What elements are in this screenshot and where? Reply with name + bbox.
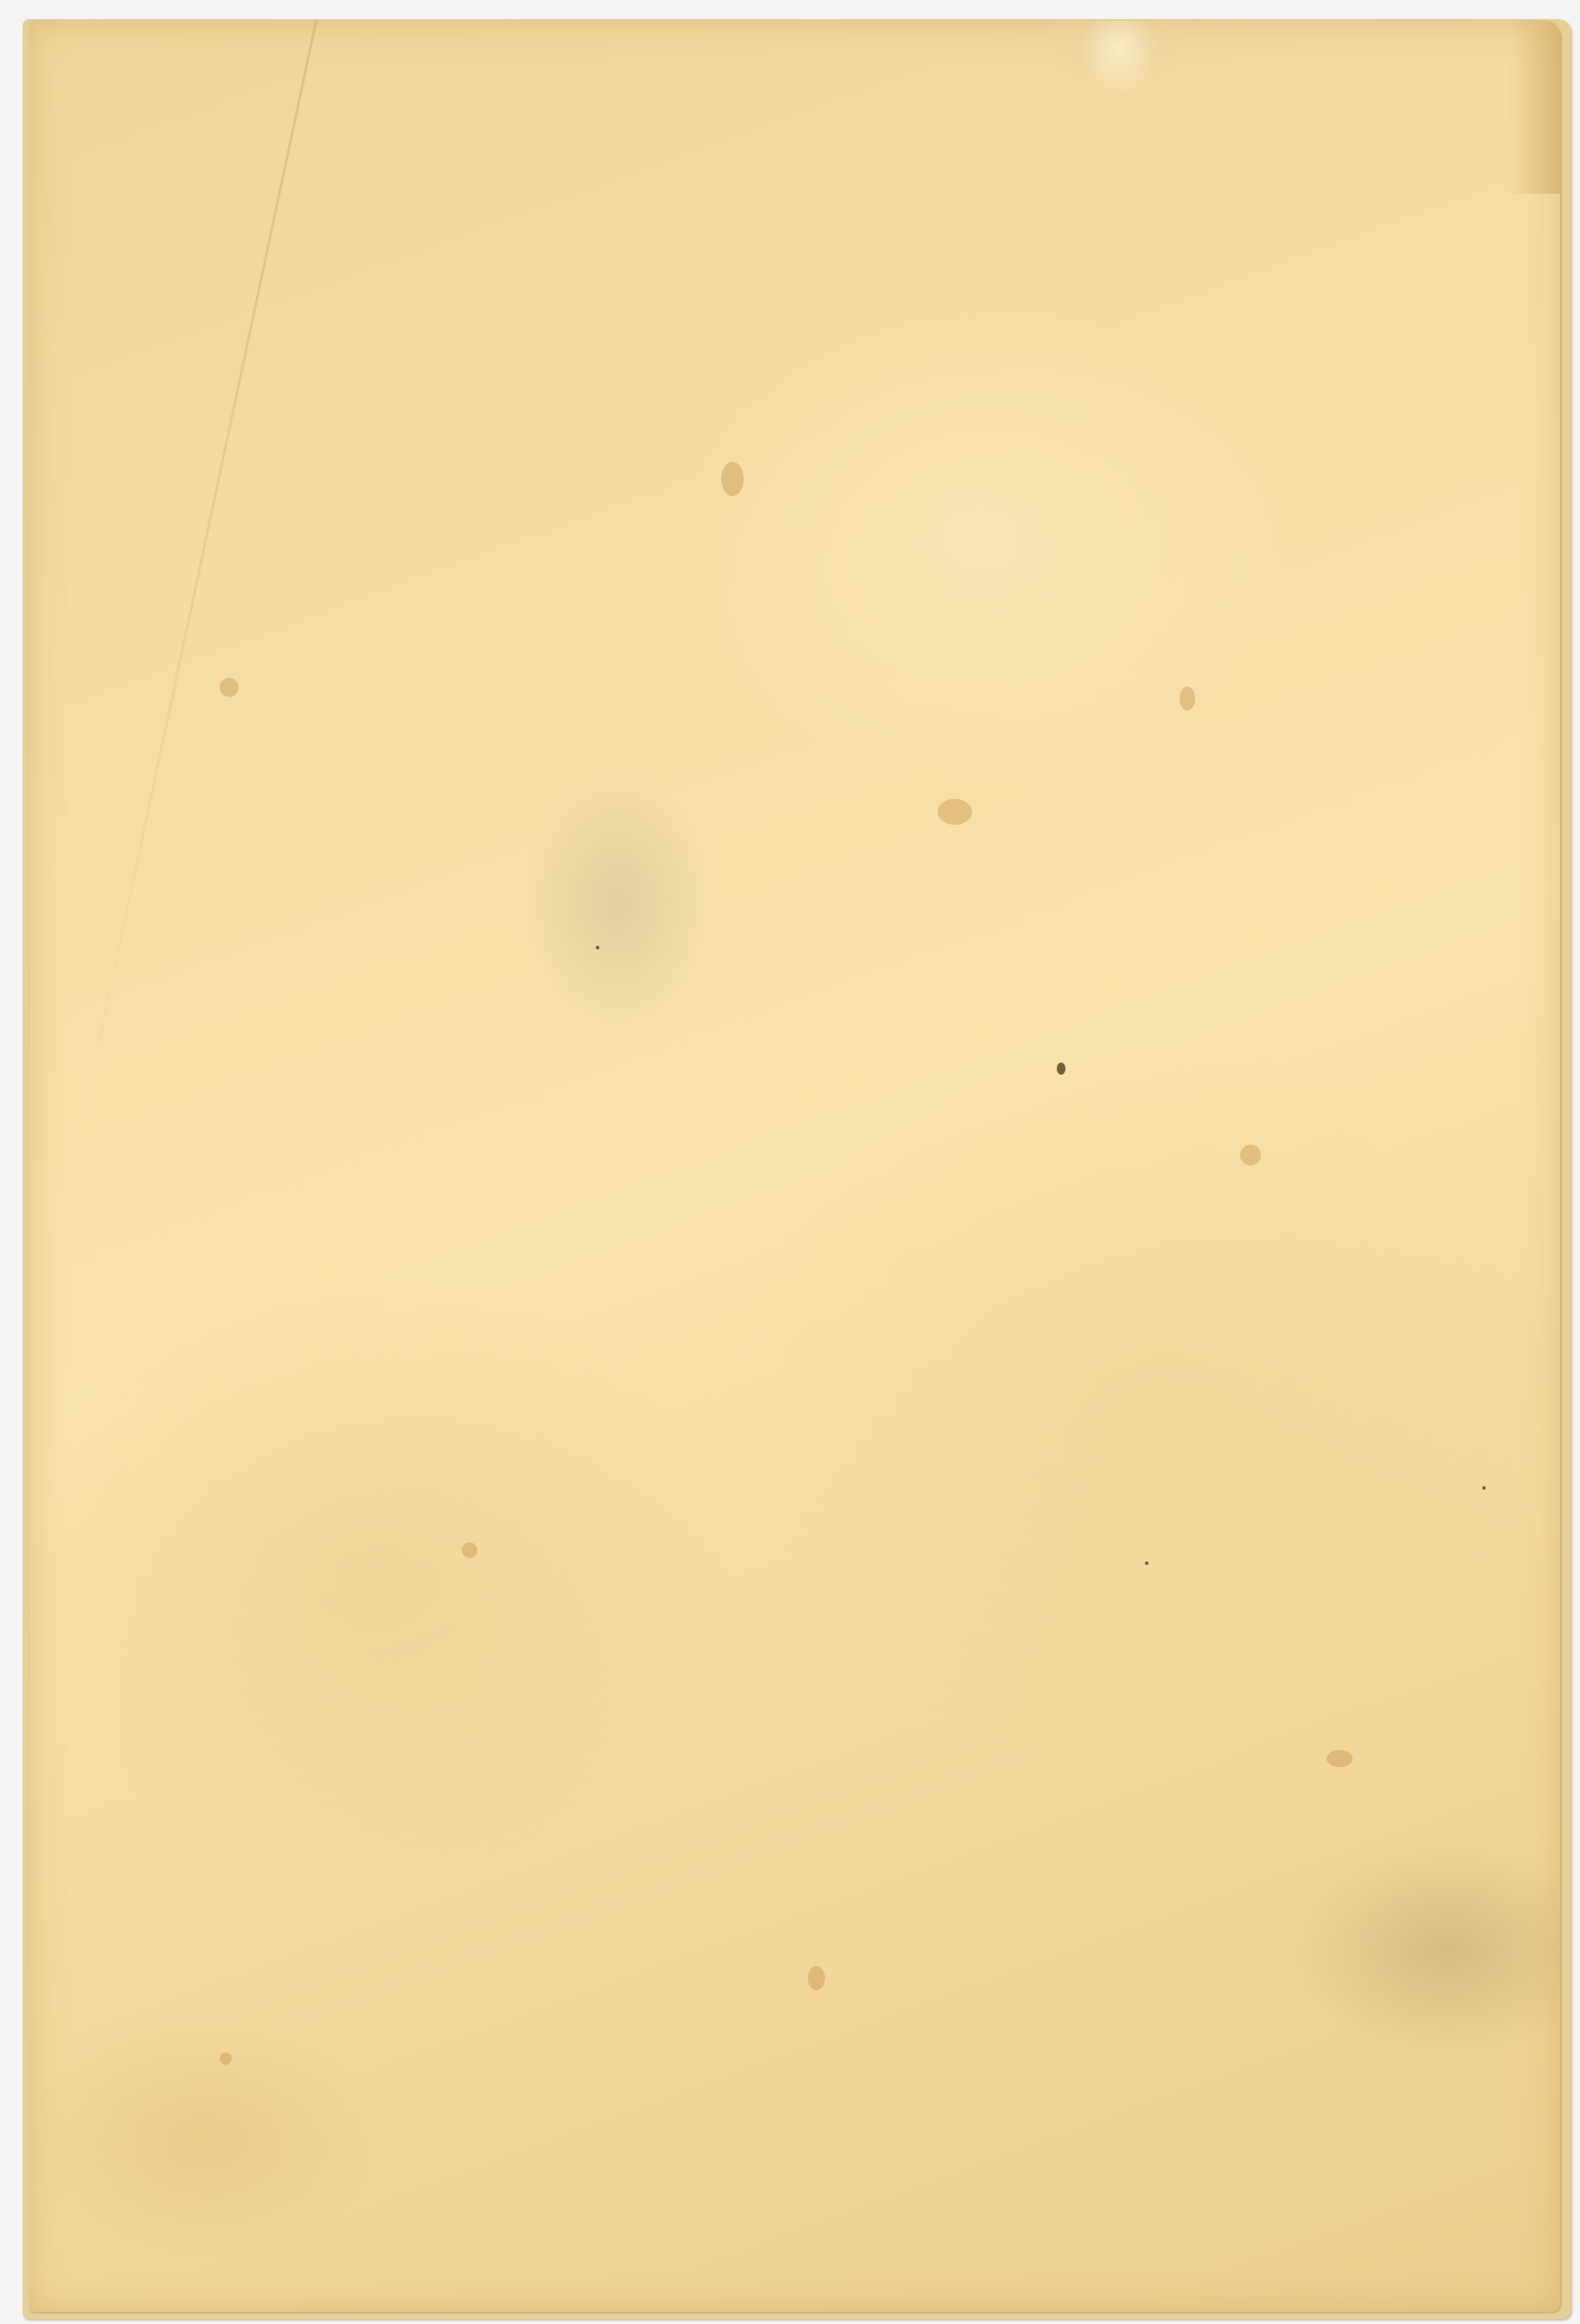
ink-fleck (1482, 1486, 1486, 1490)
scan-background (0, 0, 1580, 2324)
paper-page (29, 21, 1560, 2312)
worn-right-edge (1508, 21, 1560, 194)
foxing-spot (220, 678, 239, 697)
foxing-spot (1180, 686, 1195, 711)
torn-top-edge (989, 21, 1240, 137)
ink-fleck (1145, 1561, 1148, 1565)
ink-fleck (596, 946, 599, 949)
foxing-spot (937, 799, 972, 825)
foxing-spot (808, 1966, 825, 1990)
foxing-spot (1240, 1145, 1261, 1165)
foxing-spot (462, 1542, 477, 1558)
foxing-spot (1327, 1750, 1353, 1767)
foxing-spot (220, 2053, 232, 2065)
foxing-spot (721, 462, 744, 496)
fold-crease (81, 21, 317, 1120)
ink-fleck (1057, 1063, 1065, 1075)
